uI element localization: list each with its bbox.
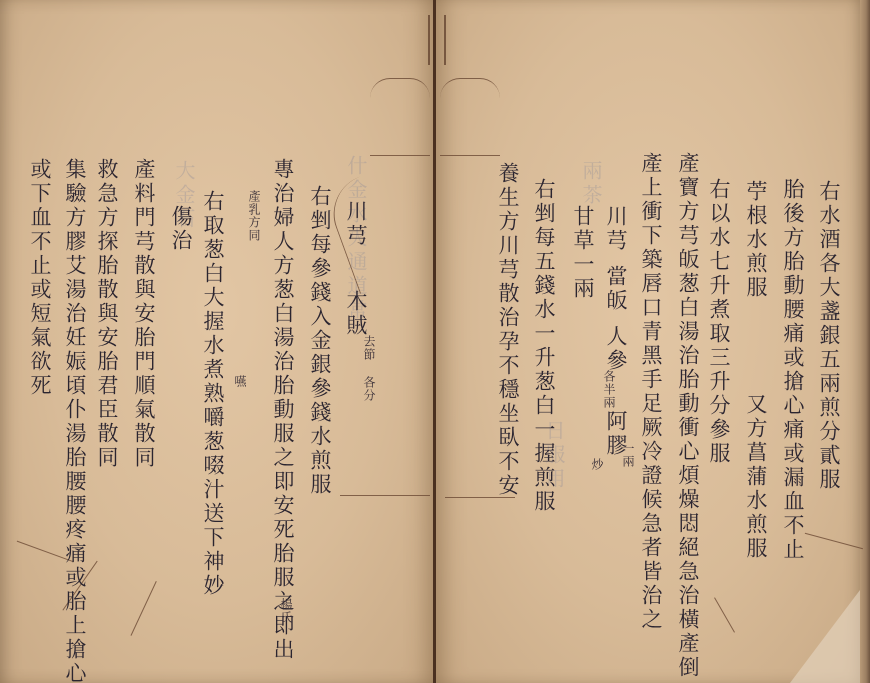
text-column: 右取葱白大握水煮熟嚼葱啜汁送下神妙: [202, 190, 223, 598]
folded-corner: [790, 590, 860, 683]
text-column: 救急方探胎散與安胎君臣散同: [96, 158, 117, 470]
text-column: 木賊: [345, 290, 366, 338]
paper-crack: [440, 78, 500, 99]
text-column: 胎後方胎動腰痛或搶心痛或漏血不止: [782, 178, 803, 562]
text-column: 傷治: [170, 205, 191, 253]
annotation: 楊氏: [262, 598, 292, 624]
paper-crack: [340, 495, 430, 506]
text-column: 產料門芎散與安胎門順氣散同: [133, 158, 154, 470]
paper-crack: [440, 155, 500, 164]
paper-crack: [370, 78, 430, 99]
text-column: 又方菖蒲水煎服: [745, 393, 766, 561]
text-column: 集驗方膠艾湯治妊娠頃仆湯胎腰腰疼痛或胎上搶心: [64, 158, 85, 683]
text-column: 苧根水煎服: [745, 180, 766, 300]
annotation: 炒: [591, 458, 603, 471]
annotation: 去節 各分: [345, 335, 375, 402]
book-spread: 什金水火通道常 兩茶 日服用 大金石 右水酒各大盞銀五兩煎分貳服 胎後方胎動腰痛…: [0, 0, 870, 683]
text-column: 右剉每五錢水一升葱白一握煎服: [533, 178, 554, 514]
annotation: 一兩: [622, 442, 634, 468]
text-column: 右水酒各大盞銀五兩煎分貳服: [818, 180, 839, 492]
text-column: 或下血不止或短氣欲死: [29, 158, 50, 398]
text-column: 當皈: [605, 265, 626, 313]
text-column: 專治婦人方葱白湯治胎動服之即安死胎服之即出: [272, 158, 293, 662]
text-column: 產上衝下築唇口青黑手足厥冷證候急者皆治之: [640, 152, 661, 632]
text-column: 養生方川芎散治孕不穩坐臥不安: [497, 162, 518, 498]
paper-crack: [370, 155, 430, 164]
text-column: 人參: [605, 325, 626, 373]
text-column: 產寶方芎皈葱白湯治胎動衝心煩燥悶絕急治橫產倒: [677, 152, 698, 680]
text-column: 川芎: [345, 200, 366, 248]
text-column: 川芎: [605, 205, 626, 253]
annotation: 各半兩: [603, 370, 615, 409]
annotation: 嚥: [234, 375, 246, 388]
bleed-through-text: 兩茶: [577, 160, 606, 208]
paper-crack: [445, 497, 515, 508]
page-edge: [860, 0, 870, 683]
text-column: 右以水七升煮取三升分參服: [708, 178, 729, 466]
annotation: 產乳方同: [230, 190, 260, 242]
book-spine: [433, 0, 436, 683]
text-column: 甘草一兩: [572, 205, 593, 301]
spine-damage: [428, 15, 446, 65]
text-column: 右剉每參錢入金銀參錢水煎服: [309, 185, 330, 497]
